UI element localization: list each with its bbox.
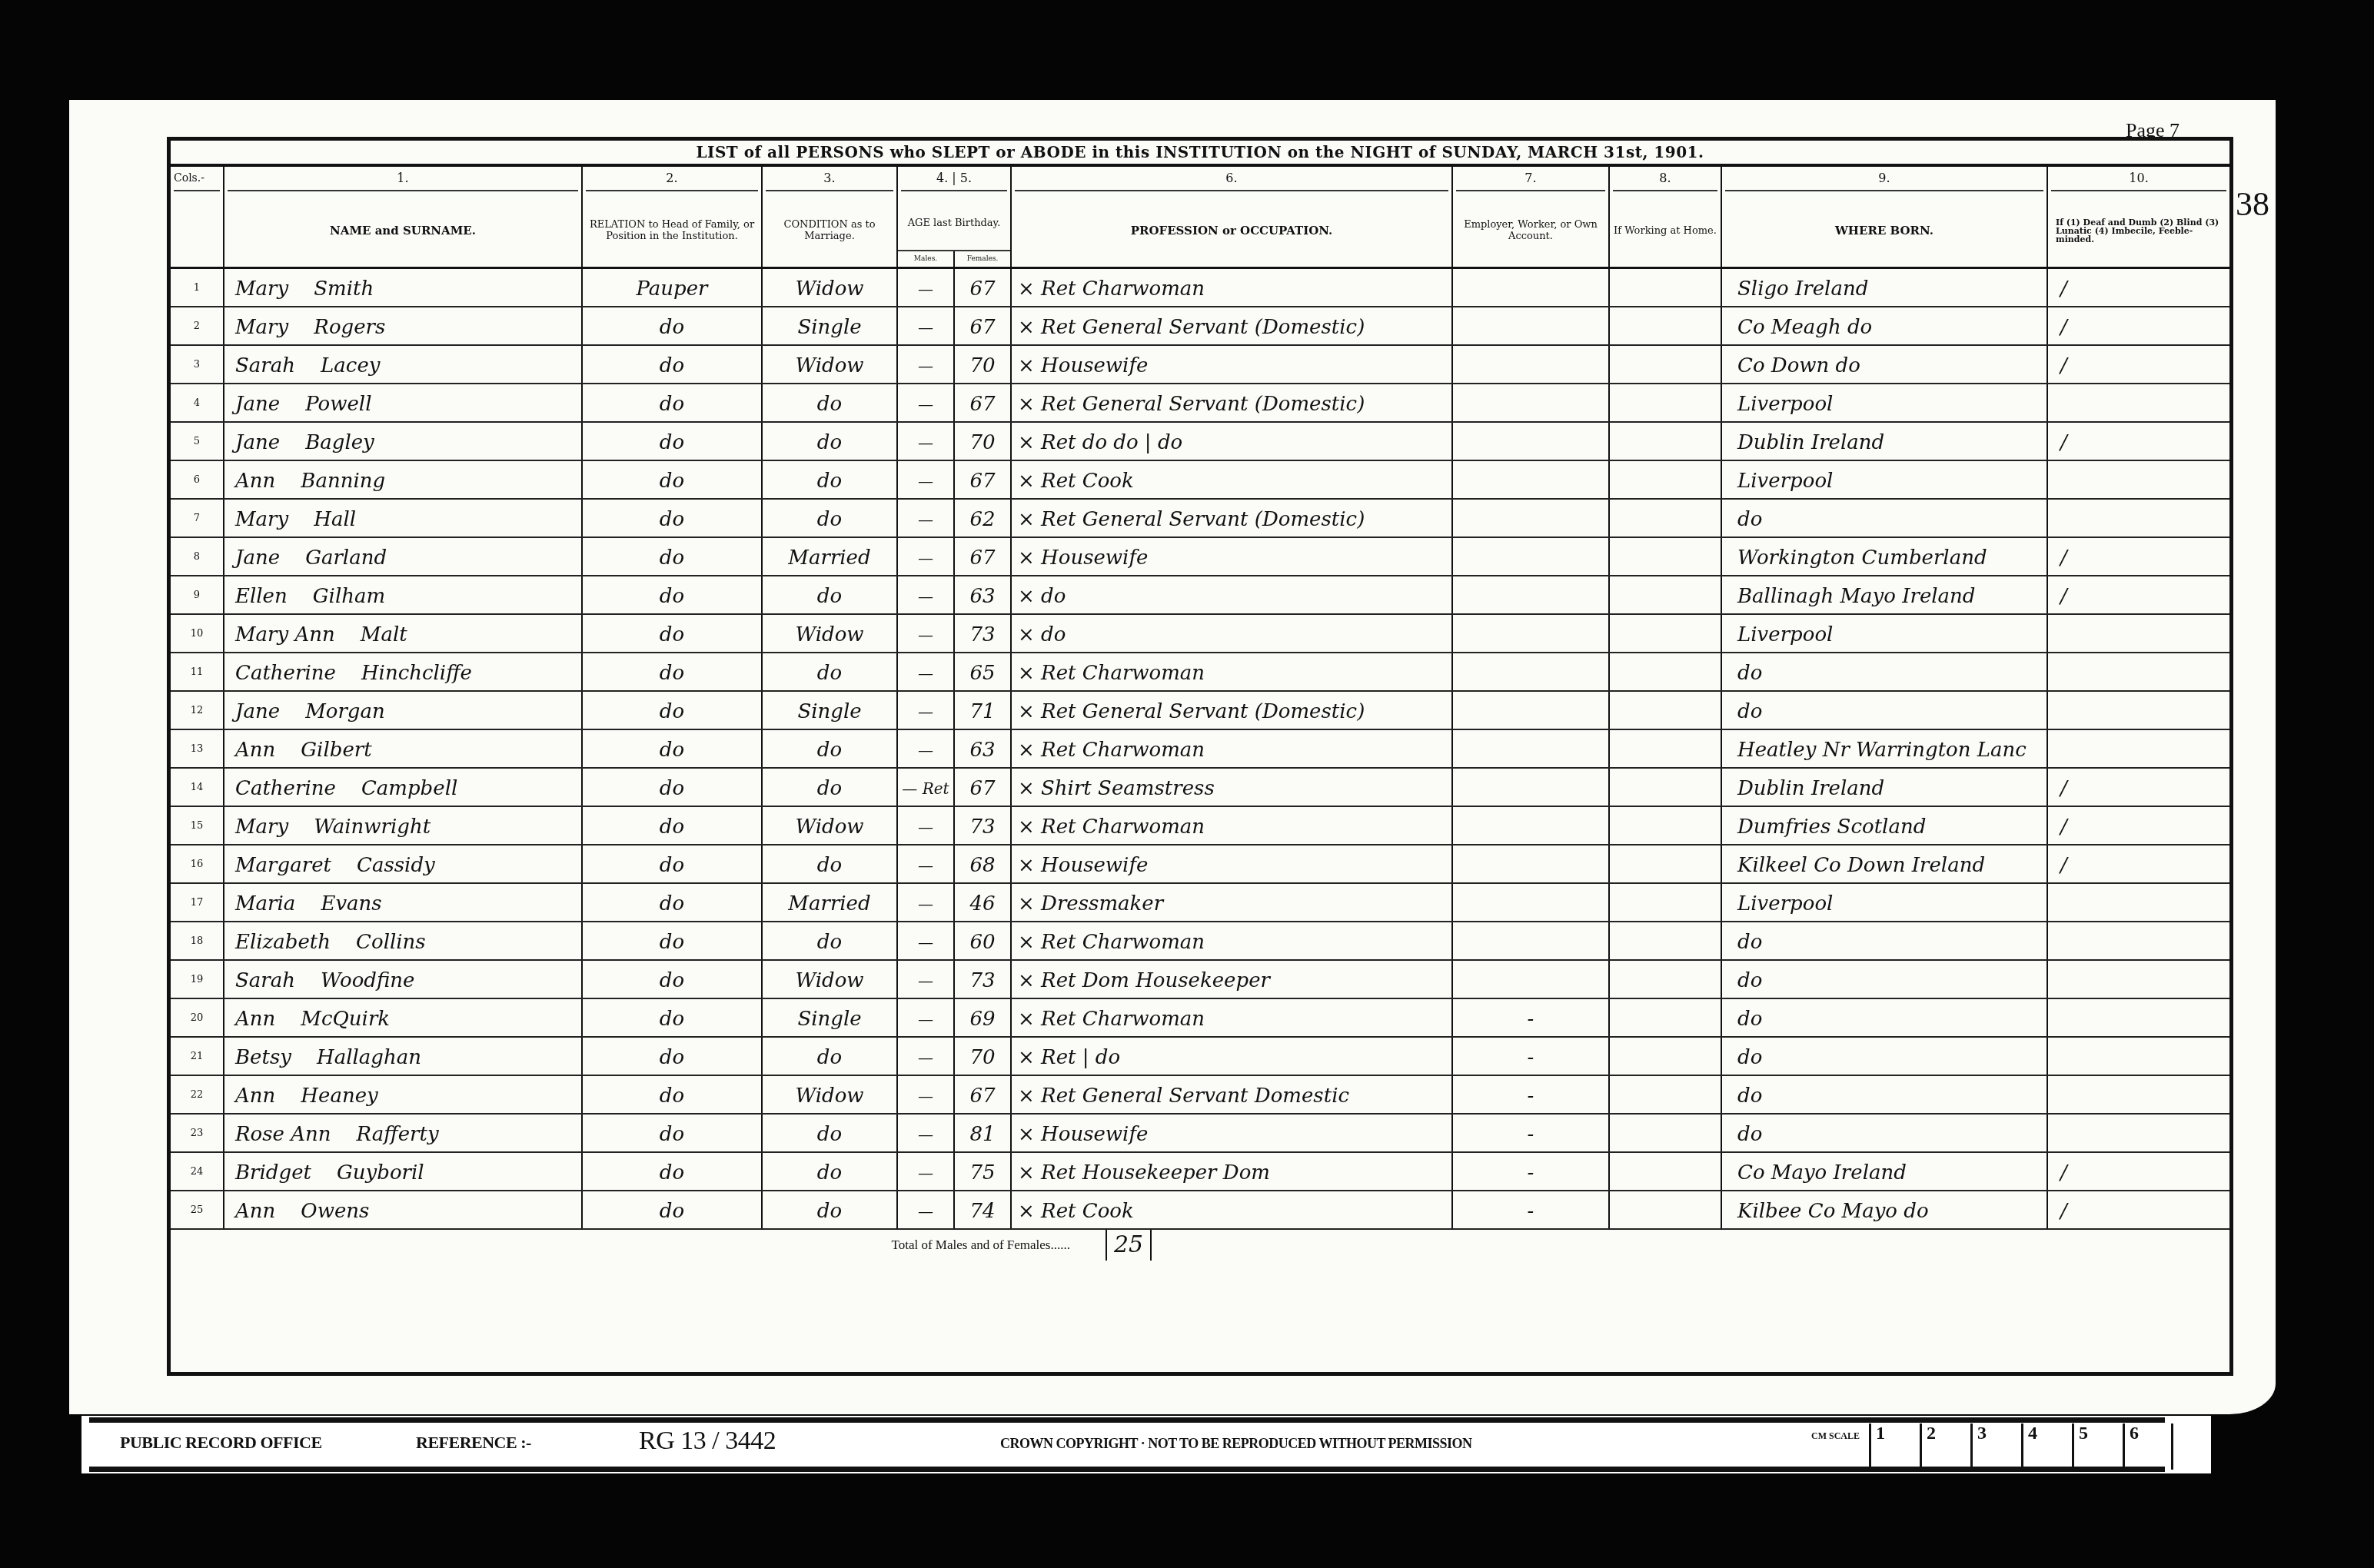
- reference-code: RG 13 / 3442: [639, 1427, 776, 1456]
- infirmity-mark: [2048, 384, 2229, 421]
- condition: do: [763, 576, 898, 613]
- working-at-home: [1610, 384, 1722, 421]
- row-number: 11: [171, 653, 224, 690]
- relation: do: [583, 538, 763, 575]
- x-mark: ×: [1018, 662, 1035, 685]
- first-name: Jane: [235, 431, 280, 454]
- where-born: Dublin Ireland: [1722, 423, 2048, 460]
- where-born: Ballinagh Mayo Ireland: [1722, 576, 2048, 613]
- where-born: Co Meagh do: [1722, 307, 2048, 344]
- surname: Hall: [314, 508, 356, 531]
- first-name: Catherine: [235, 662, 336, 685]
- person-name: Elizabeth Collins: [224, 922, 583, 959]
- person-name: Mary Ann Malt: [224, 615, 583, 652]
- x-mark: ×: [1018, 585, 1035, 608]
- working-at-home: [1610, 769, 1722, 806]
- relation: do: [583, 346, 763, 383]
- first-name: Mary Ann: [235, 623, 335, 646]
- relation: do: [583, 922, 763, 959]
- condition: Widow: [763, 961, 898, 998]
- where-born: Dublin Ireland: [1722, 769, 2048, 806]
- age-male: —: [898, 615, 955, 652]
- surname: Smith: [314, 277, 374, 301]
- first-name: Jane: [235, 546, 280, 570]
- first-name: Maria: [235, 892, 295, 915]
- relation: do: [583, 1076, 763, 1113]
- person-name: Mary Wainwright: [224, 807, 583, 844]
- surname: Hallaghan: [317, 1046, 421, 1069]
- age-female: 73: [955, 615, 1012, 652]
- surname: Rogers: [314, 316, 385, 339]
- table-row: 8 Jane Garland do Married — 67 × Housewi…: [171, 538, 2229, 576]
- age-female: 73: [955, 807, 1012, 844]
- x-mark: ×: [1018, 1085, 1035, 1108]
- infirmity-mark: /: [2048, 346, 2229, 383]
- table-row: 19 Sarah Woodfine do Widow — 73 × Ret Do…: [171, 961, 2229, 999]
- employer-status: -: [1453, 1038, 1610, 1075]
- first-name: Betsy: [235, 1046, 291, 1069]
- first-name: Rose Ann: [235, 1123, 331, 1146]
- age-male: —: [898, 1038, 955, 1075]
- age-female: 67: [955, 769, 1012, 806]
- x-mark: ×: [1018, 393, 1035, 416]
- working-at-home: [1610, 999, 1722, 1036]
- public-record-office: PUBLIC RECORD OFFICE: [120, 1433, 322, 1453]
- where-born: Kilbee Co Mayo do: [1722, 1191, 2048, 1228]
- row-number: 1: [171, 269, 224, 306]
- age-female: 62: [955, 500, 1012, 537]
- age-female: 73: [955, 961, 1012, 998]
- surname: Cassidy: [357, 854, 435, 877]
- where-born: do: [1722, 500, 2048, 537]
- where-born: Dumfries Scotland: [1722, 807, 2048, 844]
- where-born: do: [1722, 922, 2048, 959]
- age-female: 68: [955, 845, 1012, 882]
- condition: do: [763, 1191, 898, 1228]
- occupation: × Ret Housekeeper Dom: [1012, 1153, 1453, 1190]
- employer-status: -: [1453, 1191, 1610, 1228]
- surname: Heaney: [301, 1085, 377, 1108]
- employer-status: [1453, 500, 1610, 537]
- person-name: Margaret Cassidy: [224, 845, 583, 882]
- surname: Owens: [301, 1200, 369, 1223]
- occupation: × do: [1012, 576, 1453, 613]
- age-female: 81: [955, 1115, 1012, 1151]
- header-age: 4. | 5. AGE last Birthday. Males. Female…: [898, 167, 1012, 267]
- x-mark: ×: [1018, 354, 1035, 377]
- occupation: × Ret General Servant (Domestic): [1012, 307, 1453, 344]
- infirmity-mark: [2048, 999, 2229, 1036]
- age-female: 70: [955, 346, 1012, 383]
- person-name: Bridget Guyboril: [224, 1153, 583, 1190]
- row-number: 25: [171, 1191, 224, 1228]
- infirmity-mark: [2048, 1076, 2229, 1113]
- row-number: 5: [171, 423, 224, 460]
- infirmity-mark: [2048, 615, 2229, 652]
- surname: Wainwright: [314, 816, 431, 839]
- age-female: 67: [955, 307, 1012, 344]
- first-name: Ellen: [235, 585, 288, 608]
- age-female: 70: [955, 1038, 1012, 1075]
- infirmity-mark: [2048, 1038, 2229, 1075]
- x-mark: ×: [1018, 854, 1035, 877]
- infirmity-mark: [2048, 1115, 2229, 1151]
- age-male: —: [898, 961, 955, 998]
- x-mark: ×: [1018, 546, 1035, 570]
- header-cols: Cols.-: [171, 167, 224, 267]
- infirmity-mark: /: [2048, 845, 2229, 882]
- age-male: —: [898, 461, 955, 498]
- employer-status: -: [1453, 1153, 1610, 1190]
- working-at-home: [1610, 576, 1722, 613]
- infirmity-mark: /: [2048, 307, 2229, 344]
- where-born: do: [1722, 961, 2048, 998]
- table-row: 2 Mary Rogers do Single — 67 × Ret Gener…: [171, 307, 2229, 346]
- first-name: Ann: [235, 1200, 275, 1223]
- person-name: Jane Powell: [224, 384, 583, 421]
- working-at-home: [1610, 845, 1722, 882]
- employer-status: [1453, 538, 1610, 575]
- surname: McQuirk: [301, 1008, 390, 1031]
- working-at-home: [1610, 1038, 1722, 1075]
- table-row: 23 Rose Ann Rafferty do do — 81 × Housew…: [171, 1115, 2229, 1153]
- where-born: do: [1722, 1038, 2048, 1075]
- table-row: 16 Margaret Cassidy do do — 68 × Housewi…: [171, 845, 2229, 884]
- row-number: 18: [171, 922, 224, 959]
- header-males: Males.: [898, 251, 955, 267]
- first-name: Jane: [235, 393, 280, 416]
- occupation: × Ret General Servant (Domestic): [1012, 692, 1453, 729]
- age-male: —: [898, 1076, 955, 1113]
- occupation: × Shirt Seamstress: [1012, 769, 1453, 806]
- working-at-home: [1610, 346, 1722, 383]
- occupation: × Ret Charwoman: [1012, 730, 1453, 767]
- first-name: Jane: [235, 700, 280, 723]
- condition: Married: [763, 538, 898, 575]
- person-name: Jane Bagley: [224, 423, 583, 460]
- condition: do: [763, 384, 898, 421]
- age-female: 67: [955, 269, 1012, 306]
- working-at-home: [1610, 1153, 1722, 1190]
- relation: do: [583, 999, 763, 1036]
- first-name: Mary: [235, 816, 288, 839]
- occupation: × Ret General Servant (Domestic): [1012, 384, 1453, 421]
- table-row: 7 Mary Hall do do — 62 × Ret General Ser…: [171, 500, 2229, 538]
- table-row: 24 Bridget Guyboril do do — 75 × Ret Hou…: [171, 1153, 2229, 1191]
- x-mark: ×: [1018, 739, 1035, 762]
- total-females: 25: [1106, 1230, 1152, 1261]
- table-row: 25 Ann Owens do do — 74 × Ret Cook - Kil…: [171, 1191, 2229, 1230]
- age-male: —: [898, 692, 955, 729]
- footer-rule-top: [89, 1417, 2165, 1423]
- condition: Widow: [763, 346, 898, 383]
- relation: do: [583, 1115, 763, 1151]
- surname: Hinchcliffe: [361, 662, 472, 685]
- occupation: × Ret Charwoman: [1012, 999, 1453, 1036]
- where-born: Heatley Nr Warrington Lanc: [1722, 730, 2048, 767]
- table-row: 10 Mary Ann Malt do Widow — 73 × do Live…: [171, 615, 2229, 653]
- surname: Morgan: [305, 700, 385, 723]
- working-at-home: [1610, 961, 1722, 998]
- relation: do: [583, 307, 763, 344]
- age-male: —: [898, 884, 955, 921]
- row-number: 12: [171, 692, 224, 729]
- x-mark: ×: [1018, 969, 1035, 992]
- relation: do: [583, 1038, 763, 1075]
- relation: do: [583, 1153, 763, 1190]
- person-name: Ann McQuirk: [224, 999, 583, 1036]
- age-female: 46: [955, 884, 1012, 921]
- person-name: Ann Heaney: [224, 1076, 583, 1113]
- employer-status: [1453, 307, 1610, 344]
- employer-status: [1453, 692, 1610, 729]
- condition: do: [763, 653, 898, 690]
- condition: do: [763, 500, 898, 537]
- age-male: —: [898, 653, 955, 690]
- working-at-home: [1610, 692, 1722, 729]
- occupation: × Ret Charwoman: [1012, 807, 1453, 844]
- row-number: 21: [171, 1038, 224, 1075]
- working-at-home: [1610, 1115, 1722, 1151]
- age-male: —: [898, 423, 955, 460]
- person-name: Jane Garland: [224, 538, 583, 575]
- x-mark: ×: [1018, 700, 1035, 723]
- relation: do: [583, 384, 763, 421]
- occupation: × Housewife: [1012, 845, 1453, 882]
- age-female: 63: [955, 730, 1012, 767]
- infirmity-mark: [2048, 500, 2229, 537]
- person-name: Betsy Hallaghan: [224, 1038, 583, 1075]
- table-row: 20 Ann McQuirk do Single — 69 × Ret Char…: [171, 999, 2229, 1038]
- occupation: × do: [1012, 615, 1453, 652]
- relation: do: [583, 884, 763, 921]
- age-male: —: [898, 845, 955, 882]
- total-row: Total of Males and of Females...... 25: [171, 1230, 2229, 1261]
- occupation: × Ret General Servant Domestic: [1012, 1076, 1453, 1113]
- condition: do: [763, 1115, 898, 1151]
- occupation: × Ret Cook: [1012, 461, 1453, 498]
- table-row: 4 Jane Powell do do — 67 × Ret General S…: [171, 384, 2229, 423]
- employer-status: [1453, 961, 1610, 998]
- age-male: —: [898, 999, 955, 1036]
- employer-status: [1453, 423, 1610, 460]
- occupation: × Ret Charwoman: [1012, 269, 1453, 306]
- infirmity-mark: [2048, 730, 2229, 767]
- person-name: Ann Gilbert: [224, 730, 583, 767]
- where-born: Kilkeel Co Down Ireland: [1722, 845, 2048, 882]
- where-born: Liverpool: [1722, 615, 2048, 652]
- infirmity-mark: /: [2048, 269, 2229, 306]
- infirmity-mark: [2048, 961, 2229, 998]
- first-name: Ann: [235, 1085, 275, 1108]
- row-number: 20: [171, 999, 224, 1036]
- first-name: Catherine: [235, 777, 336, 800]
- employer-status: [1453, 346, 1610, 383]
- age-female: 63: [955, 576, 1012, 613]
- employer-status: [1453, 884, 1610, 921]
- relation: Pauper: [583, 269, 763, 306]
- condition: Widow: [763, 269, 898, 306]
- age-female: 75: [955, 1153, 1012, 1190]
- infirmity-mark: [2048, 884, 2229, 921]
- age-female: 74: [955, 1191, 1012, 1228]
- condition: Single: [763, 692, 898, 729]
- surname: Gilham: [313, 585, 385, 608]
- occupation: × Housewife: [1012, 346, 1453, 383]
- row-number: 22: [171, 1076, 224, 1113]
- condition: do: [763, 769, 898, 806]
- employer-status: [1453, 845, 1610, 882]
- relation: do: [583, 807, 763, 844]
- occupation: × Housewife: [1012, 538, 1453, 575]
- header-condition: 3. CONDITION as to Marriage.: [763, 167, 898, 267]
- person-name: Mary Smith: [224, 269, 583, 306]
- condition: do: [763, 461, 898, 498]
- employer-status: -: [1453, 1076, 1610, 1113]
- condition: Single: [763, 307, 898, 344]
- row-number: 17: [171, 884, 224, 921]
- condition: Widow: [763, 1076, 898, 1113]
- employer-status: -: [1453, 999, 1610, 1036]
- reference-label: REFERENCE :-: [416, 1433, 531, 1453]
- condition: Widow: [763, 615, 898, 652]
- x-mark: ×: [1018, 1046, 1035, 1069]
- age-male: —: [898, 807, 955, 844]
- where-born: do: [1722, 999, 2048, 1036]
- x-mark: ×: [1018, 816, 1035, 839]
- working-at-home: [1610, 730, 1722, 767]
- first-name: Elizabeth: [235, 931, 331, 954]
- infirmity-mark: [2048, 461, 2229, 498]
- header-where-born: 9. WHERE BORN.: [1722, 167, 2048, 267]
- where-born: Co Down do: [1722, 346, 2048, 383]
- row-number: 19: [171, 961, 224, 998]
- relation: do: [583, 730, 763, 767]
- first-name: Mary: [235, 508, 288, 531]
- where-born: do: [1722, 1115, 2048, 1151]
- surname: Malt: [361, 623, 407, 646]
- relation: do: [583, 845, 763, 882]
- where-born: Sligo Ireland: [1722, 269, 2048, 306]
- condition: Widow: [763, 807, 898, 844]
- folio-number: 38: [2236, 184, 2269, 224]
- person-name: Catherine Hinchcliffe: [224, 653, 583, 690]
- employer-status: [1453, 807, 1610, 844]
- relation: do: [583, 961, 763, 998]
- age-female: 67: [955, 461, 1012, 498]
- relation: do: [583, 692, 763, 729]
- infirmity-mark: /: [2048, 576, 2229, 613]
- age-male: —: [898, 538, 955, 575]
- relation: do: [583, 461, 763, 498]
- employer-status: [1453, 922, 1610, 959]
- table-row: 1 Mary Smith Pauper Widow — 67 × Ret Cha…: [171, 269, 2229, 307]
- x-mark: ×: [1018, 470, 1035, 493]
- infirmity-mark: /: [2048, 423, 2229, 460]
- employer-status: [1453, 461, 1610, 498]
- table-row: 17 Maria Evans do Married — 46 × Dressma…: [171, 884, 2229, 922]
- occupation: × Ret Dom Housekeeper: [1012, 961, 1453, 998]
- relation: do: [583, 653, 763, 690]
- working-at-home: [1610, 307, 1722, 344]
- header-name: 1. NAME and SURNAME.: [224, 167, 583, 267]
- occupation: × Dressmaker: [1012, 884, 1453, 921]
- working-at-home: [1610, 1191, 1722, 1228]
- table-row: 5 Jane Bagley do do — 70 × Ret do do | d…: [171, 423, 2229, 461]
- x-mark: ×: [1018, 431, 1035, 454]
- employer-status: [1453, 769, 1610, 806]
- table-row: 13 Ann Gilbert do do — 63 × Ret Charwoma…: [171, 730, 2229, 769]
- person-name: Ann Owens: [224, 1191, 583, 1228]
- working-at-home: [1610, 500, 1722, 537]
- employer-status: [1453, 384, 1610, 421]
- schedule-title: LIST of all PERSONS who SLEPT or ABODE i…: [171, 141, 2229, 167]
- table-row: 11 Catherine Hinchcliffe do do — 65 × Re…: [171, 653, 2229, 692]
- where-born: Liverpool: [1722, 384, 2048, 421]
- surname: Guyboril: [337, 1161, 424, 1184]
- row-number: 13: [171, 730, 224, 767]
- header-working-at-home: 8. If Working at Home.: [1610, 167, 1722, 267]
- header-infirmity: 10. If (1) Deaf and Dumb (2) Blind (3) L…: [2048, 167, 2229, 267]
- condition: do: [763, 423, 898, 460]
- census-schedule-table: LIST of all PERSONS who SLEPT or ABODE i…: [167, 137, 2233, 1376]
- row-number: 3: [171, 346, 224, 383]
- condition: do: [763, 1153, 898, 1190]
- x-mark: ×: [1018, 1200, 1035, 1223]
- age-male: —: [898, 1153, 955, 1190]
- copyright-notice: CROWN COPYRIGHT · NOT TO BE REPRODUCED W…: [1000, 1436, 1472, 1452]
- x-mark: ×: [1018, 623, 1035, 646]
- cm-scale-label: CM SCALE: [1811, 1430, 1860, 1442]
- row-number: 6: [171, 461, 224, 498]
- age-male: —: [898, 1115, 955, 1151]
- table-row: 18 Elizabeth Collins do do — 60 × Ret Ch…: [171, 922, 2229, 961]
- cm-scale: 1 2 3 4 5 6: [1869, 1423, 2173, 1470]
- surname: Bagley: [305, 431, 374, 454]
- table-row: 22 Ann Heaney do Widow — 67 × Ret Genera…: [171, 1076, 2229, 1115]
- table-row: 14 Catherine Campbell do do — Ret 67 × S…: [171, 769, 2229, 807]
- surname: Banning: [301, 470, 385, 493]
- occupation: × Ret Charwoman: [1012, 653, 1453, 690]
- employer-status: [1453, 269, 1610, 306]
- age-male: —: [898, 384, 955, 421]
- row-number: 10: [171, 615, 224, 652]
- infirmity-mark: /: [2048, 807, 2229, 844]
- x-mark: ×: [1018, 316, 1035, 339]
- occupation: × Ret do do | do: [1012, 423, 1453, 460]
- occupation: × Ret Charwoman: [1012, 922, 1453, 959]
- surname: Collins: [356, 931, 426, 954]
- first-name: Ann: [235, 1008, 275, 1031]
- first-name: Bridget: [235, 1161, 311, 1184]
- relation: do: [583, 615, 763, 652]
- x-mark: ×: [1018, 277, 1035, 301]
- table-row: 6 Ann Banning do do — 67 × Ret Cook Live…: [171, 461, 2229, 500]
- working-at-home: [1610, 884, 1722, 921]
- condition: do: [763, 922, 898, 959]
- person-name: Catherine Campbell: [224, 769, 583, 806]
- person-name: Mary Rogers: [224, 307, 583, 344]
- header-occupation: 6. PROFESSION or OCCUPATION.: [1012, 167, 1453, 267]
- person-name: Ellen Gilham: [224, 576, 583, 613]
- person-name: Sarah Lacey: [224, 346, 583, 383]
- working-at-home: [1610, 615, 1722, 652]
- age-female: 65: [955, 653, 1012, 690]
- archive-footer: PUBLIC RECORD OFFICE REFERENCE :- RG 13 …: [81, 1416, 2211, 1473]
- employer-status: [1453, 576, 1610, 613]
- surname: Powell: [305, 393, 371, 416]
- table-row: 3 Sarah Lacey do Widow — 70 × Housewife …: [171, 346, 2229, 384]
